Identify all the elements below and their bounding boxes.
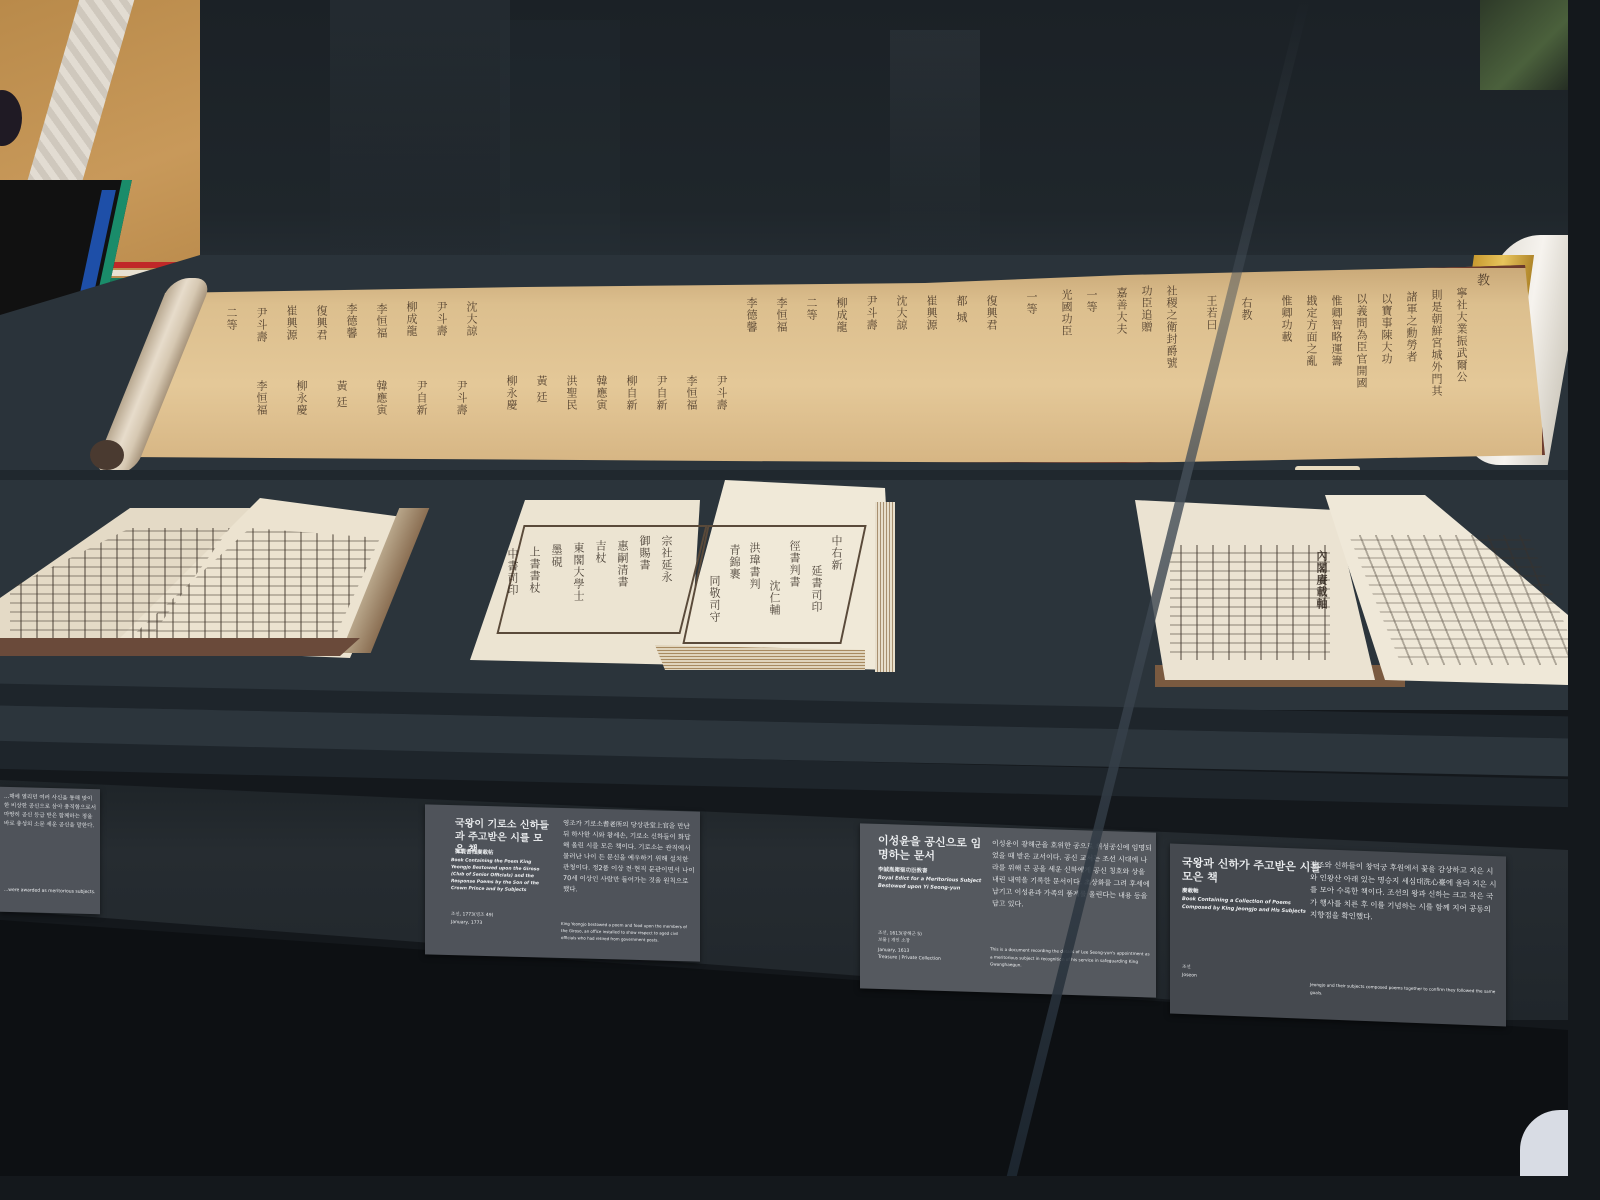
- label-title: 이성윤을 공신으로 임명하는 문서: [878, 834, 988, 865]
- glass-reflection: [890, 30, 980, 250]
- shelf-edge: [0, 470, 1568, 480]
- royal-edict-scroll: 教 寧社大業振武爾公 則是朝鮮宮城外門其 諸軍之勳勞者 以寶事陳大功 以義問為臣…: [125, 265, 1545, 465]
- exhibit-label-jeongjo-poems: 국왕과 신하가 주고받은 시를 모은 책 賡載軸 Book Containing…: [1170, 844, 1506, 1027]
- glass-reflection: [1480, 0, 1568, 90]
- book-title: 內閣賡載軸: [1315, 550, 1328, 610]
- scroll-header-char: 教: [1475, 273, 1488, 287]
- book-center: 宗社延永 御賜書 惠嗣清書 吉杖 東閣大學士 墨硯 上書書杖 中書司印 中右新 …: [470, 480, 895, 675]
- glass-reflection: [330, 0, 510, 260]
- exhibit-label-far-left: ...해에 열리던 여러 사신을 통해 맞이한 비상한 공신으로 삼아 충직함으…: [0, 787, 100, 915]
- label-description: 이성윤이 광해군을 호위한 공으로 위성공신에 임명되었을 때 받은 교서이다.…: [992, 837, 1152, 914]
- book-left: [0, 488, 410, 658]
- label-description: 정조와 신하들이 창덕궁 후원에서 꽃을 감상하고 지은 시와 인왕산 아래 있…: [1310, 859, 1500, 929]
- exhibit-label-giroso-poems: 국왕이 기로소 신하들과 주고받은 시를 모은 책 御製耆社賡載帖 Book C…: [425, 804, 700, 961]
- scroll-roller-knob: [90, 440, 124, 470]
- label-title: 국왕과 신하가 주고받은 시를 모은 책: [1182, 856, 1322, 889]
- book-right: 內閣賡載軸: [1135, 495, 1568, 690]
- exhibit-label-edict-yi-seongyun: 이성윤을 공신으로 임명하는 문서 李誠胤衛聖功臣敎書 Royal Edict …: [860, 823, 1156, 997]
- label-description: 영조가 기로소耆老所의 당상관堂上官을 만난 뒤 하사한 시와 왕세손, 기로소…: [563, 818, 695, 898]
- glass-reflection: [500, 20, 620, 260]
